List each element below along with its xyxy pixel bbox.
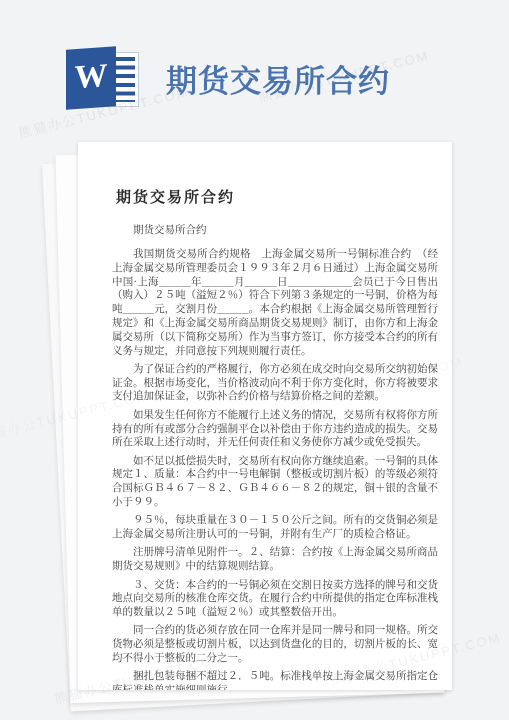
header: W 期货交易所合约 [0, 0, 509, 140]
page-background: W 期货交易所合约 熊猫办公TUKUPPT.COM 熊猫办公TUKUPPT.CO… [0, 0, 509, 720]
document-paragraph: ３、交货：本合约的一号铜必须在交割日按卖方选择的牌号和交货地点向交易所的核准仓库… [112, 579, 438, 620]
document-paragraph: 同一合约的货必须存放在同一仓库并是同一牌号和同一规格。所交货物必须是整板或切割片… [112, 624, 438, 665]
document-body: 我国期货交易所合约规格 上海金属交易所一号铜标准合约 （经上海金属交易所管理委员… [112, 248, 438, 690]
page-title: 期货交易所合约 [166, 56, 390, 101]
document-paragraph: 如不足以抵偿损失时，交易所有权向你方继续追索。一号铜的具体规定１、质量：本合约中… [112, 455, 438, 510]
document-page: 期货交易所合约 期货交易所合约 我国期货交易所合约规格 上海金属交易所一号铜标准… [78, 142, 452, 690]
document-paragraph: 如果发生任何你方不能履行上述义务的情况，交易所有权将你方所持有的所有或部分合约强… [112, 409, 438, 450]
word-w-panel-icon: W [66, 46, 116, 109]
ms-word-icon: W [66, 44, 140, 114]
document-paragraph: 捆扎包装每捆不超过２．５吨。标准栈单按上海金属交易所指定仓库标准栈单实施细则施行… [112, 670, 438, 690]
document-paragraph: ９５％，每块重量在３０－１５０公斤之间。所有的交货铜必须是上海金属交易所注册认可… [112, 514, 438, 542]
document-paragraph: 为了保证合约的严格履行，你方必须在成交时向交易所交纳初始保证金。根据市场变化，当… [112, 363, 438, 404]
document-subtitle: 期货交易所合约 [112, 222, 438, 237]
document-title: 期货交易所合约 [116, 186, 438, 207]
word-letter: W [75, 59, 108, 96]
document-paragraph: 注册牌号清单见附件一。２、结算：合约按《上海金属交易所商品期货交易规则》中的结算… [112, 546, 438, 574]
document-paragraph: 我国期货交易所合约规格 上海金属交易所一号铜标准合约 （经上海金属交易所管理委员… [112, 248, 438, 358]
